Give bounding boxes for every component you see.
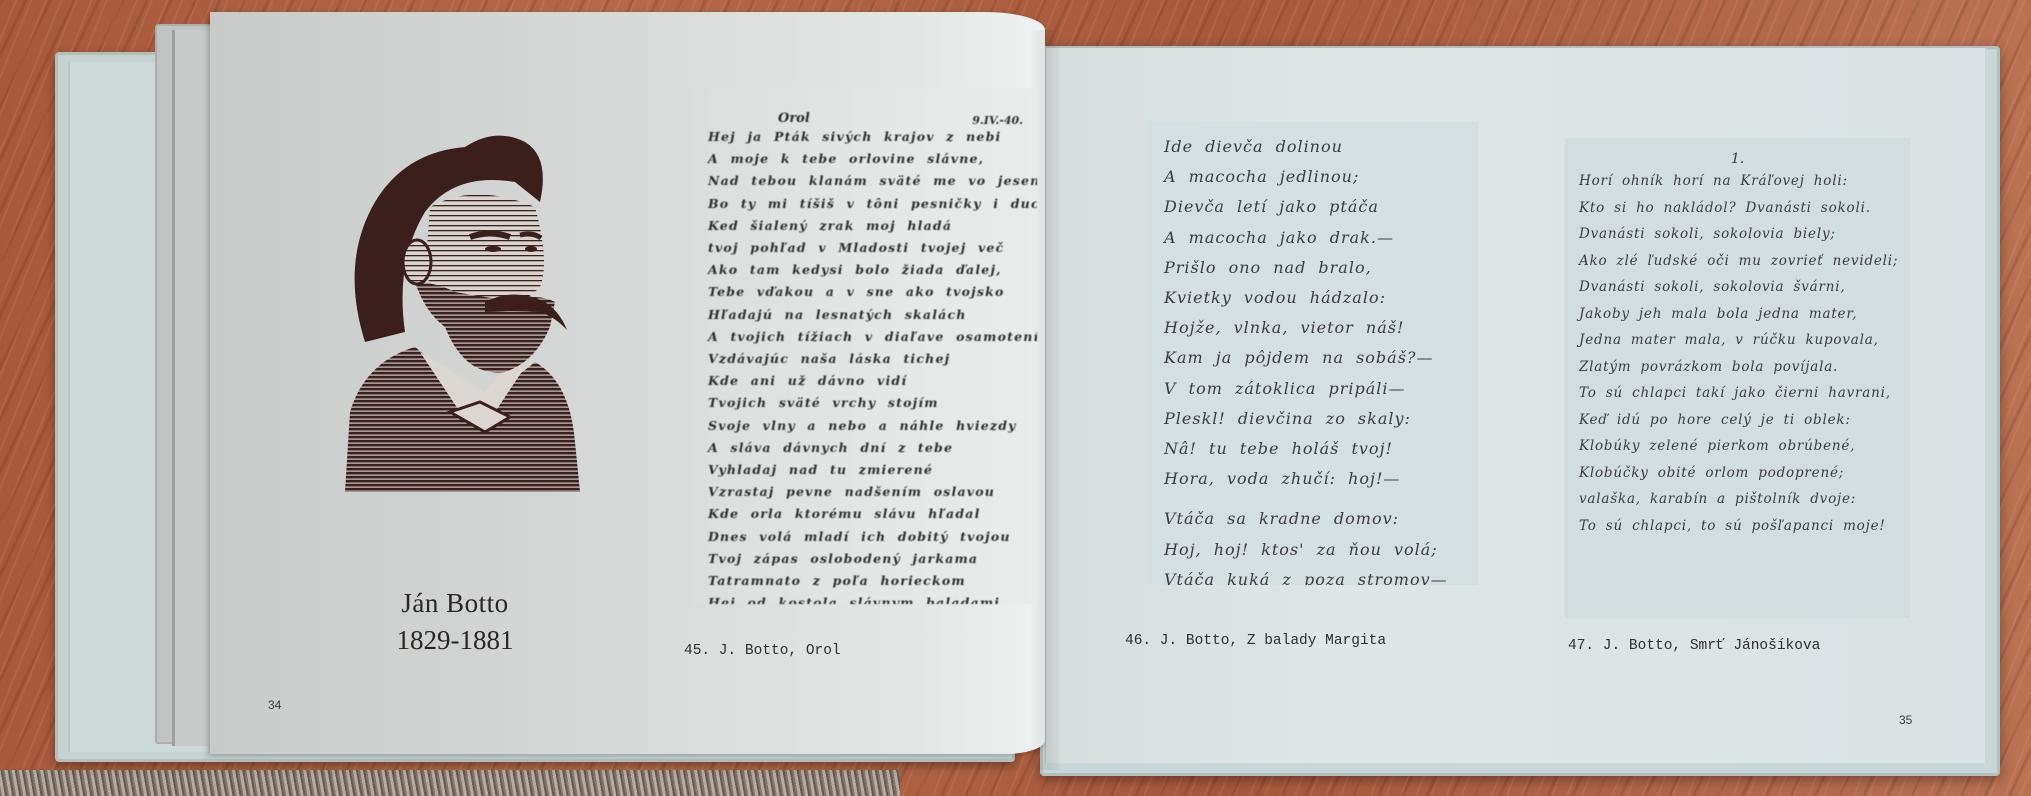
- manuscript-smrt-janosikova: 1. Horí ohník horí na Kráľovej holi:Kto …: [1565, 138, 1910, 618]
- manuscript-line: Tvoj zápas oslobodený jarkama: [708, 548, 1023, 570]
- manuscript-line: Ako zlé ľudské oči mu zovrieť nevideli;: [1579, 248, 1896, 275]
- manuscript-line: Kto si ho nakládol? Dvanásti sokoli.: [1579, 195, 1896, 222]
- manuscript-line: Klobúčky obité orlom podoprené;: [1579, 460, 1896, 487]
- author-years: 1829-1881: [360, 625, 550, 656]
- figure-caption-45: 45. J. Botto, Orol: [684, 643, 841, 659]
- manuscript-line: Dnes volá mladí ich dobitý tvojou: [708, 526, 1023, 548]
- portrait-engraving-icon: [335, 112, 585, 492]
- manuscript-line: Vyhladaj nad tu zmierené: [708, 459, 1023, 481]
- manuscript-line: Hora, voda zhučí: hoj!—: [1164, 464, 1466, 494]
- author-portrait: [335, 112, 585, 492]
- manuscript-line: Vzdávajúc naša láska tichej: [708, 348, 1023, 370]
- manuscript-line: Vzrastaj pevne nadšením oslavou: [708, 481, 1023, 503]
- manuscript-line: A macocha jako drak.—: [1164, 223, 1466, 253]
- manuscript-line: Kvietky vodou hádzalo:: [1164, 283, 1466, 313]
- manuscript-line: Ide dievča dolinou: [1164, 132, 1466, 162]
- manuscript-line: A sláva dávnych dní z tebe: [708, 437, 1023, 459]
- manuscript-line: Hej od kostola slávnym baladami: [708, 592, 1023, 604]
- manuscript-lines: Horí ohník horí na Kráľovej holi:Kto si …: [1579, 168, 1896, 539]
- manuscript-line: Hojže, vlnka, vietor náš!: [1164, 313, 1466, 343]
- manuscript-line: Prišlo ono nad bralo,: [1164, 253, 1466, 283]
- manuscript-line: Ako tam kedysi bolo žiada ďalej,: [708, 259, 1023, 281]
- manuscript-line: Tatramnato z poľa horieckom: [708, 570, 1023, 592]
- manuscript-line: Svoje vlny a nebo a náhle hviezdy: [708, 415, 1023, 437]
- manuscript-line: Jedna mater mala, v rúčku kupovala,: [1579, 327, 1896, 354]
- manuscript-line: Dvanásti sokoli, sokolovia biely;: [1579, 221, 1896, 248]
- manuscript-line: Bo ty mi tíšiš v tôni pesničky i duchu: [708, 193, 1023, 215]
- manuscript-line: Keď idú po hore celý je ti oblek:: [1579, 407, 1896, 434]
- manuscript-line: Dvanásti sokoli, sokolovia švárni,: [1579, 274, 1896, 301]
- manuscript-orol: Orol 9.IV.-40. Hej ja Pták sivých krajov…: [692, 88, 1037, 604]
- manuscript-line: To sú chlapci, to sú pošľapanci moje!: [1579, 513, 1896, 540]
- manuscript-lines: Ide dievča dolinouA macocha jedlinou;Die…: [1164, 132, 1466, 585]
- manuscript-date: 9.IV.-40.: [972, 110, 1023, 132]
- manuscript-line: Kam ja pôjdem na sobáš?—: [1164, 343, 1466, 373]
- manuscript-line: Klobúky zelené pierkom obrúbené,: [1579, 433, 1896, 460]
- manuscript-line: tvoj pohľad v Mladosti tvojej več: [708, 237, 1023, 259]
- manuscript-line: Horí ohník horí na Kráľovej holi:: [1579, 168, 1896, 195]
- carpet-edge: [0, 770, 900, 796]
- manuscript-line: Kde orla ktorému slávu hľadal: [708, 503, 1023, 525]
- figure-caption-47: 47. J. Botto, Smrť Jánošíkova: [1568, 638, 1820, 654]
- figure-caption-46: 46. J. Botto, Z balady Margita: [1125, 633, 1386, 649]
- manuscript-line: A tvojich tížiach v diaľave osamotení: [708, 326, 1023, 348]
- manuscript-line: A moje k tebe orlovine slávne,: [708, 148, 1023, 170]
- manuscript-line: valaška, karabín a pištolník dvoje:: [1579, 486, 1896, 513]
- page-number-right: 35: [1899, 713, 1912, 727]
- manuscript-line: Vtáča sa kradne domov:: [1164, 504, 1466, 534]
- manuscript-line: [1164, 494, 1466, 504]
- manuscript-line: Vtáča kuká z poza stromov—: [1164, 565, 1466, 585]
- manuscript-lines: Hej ja Pták sivých krajov z nebiA moje k…: [708, 126, 1023, 604]
- manuscript-margita: Ide dievča dolinouA macocha jedlinou;Die…: [1148, 122, 1478, 585]
- manuscript-line: Kde ani už dávno vidí: [708, 370, 1023, 392]
- manuscript-title: 1.: [1579, 146, 1896, 168]
- manuscript-line: Nad tebou klanám sväté me vo jeseni: [708, 170, 1023, 192]
- manuscript-line: Ked šialený zrak moj hladá: [708, 215, 1023, 237]
- manuscript-line: Pleskl! dievčina zo skaly:: [1164, 404, 1466, 434]
- manuscript-line: V tom zátoklica pripáli—: [1164, 374, 1466, 404]
- page-number-left: 34: [268, 698, 281, 712]
- manuscript-line: Tvojich sväté vrchy stojím: [708, 392, 1023, 414]
- manuscript-line: Hľadajú na lesnatých skalách: [708, 304, 1023, 326]
- manuscript-line: To sú chlapci takí jako čierni havrani,: [1579, 380, 1896, 407]
- manuscript-line: Zlatým povrázkom bola povíjala.: [1579, 354, 1896, 381]
- manuscript-line: Jakoby jeh mala bola jedna mater,: [1579, 301, 1896, 328]
- author-name: Ján Botto: [380, 588, 530, 619]
- manuscript-line: Tebe vďakou a v sne ako tvojsko: [708, 281, 1023, 303]
- manuscript-line: Dievča letí jako ptáča: [1164, 192, 1466, 222]
- manuscript-line: Hoj, hoj! ktos' za ňou volá;: [1164, 535, 1466, 565]
- manuscript-line: Nâ! tu tebe holáš tvoj!: [1164, 434, 1466, 464]
- manuscript-line: A macocha jedlinou;: [1164, 162, 1466, 192]
